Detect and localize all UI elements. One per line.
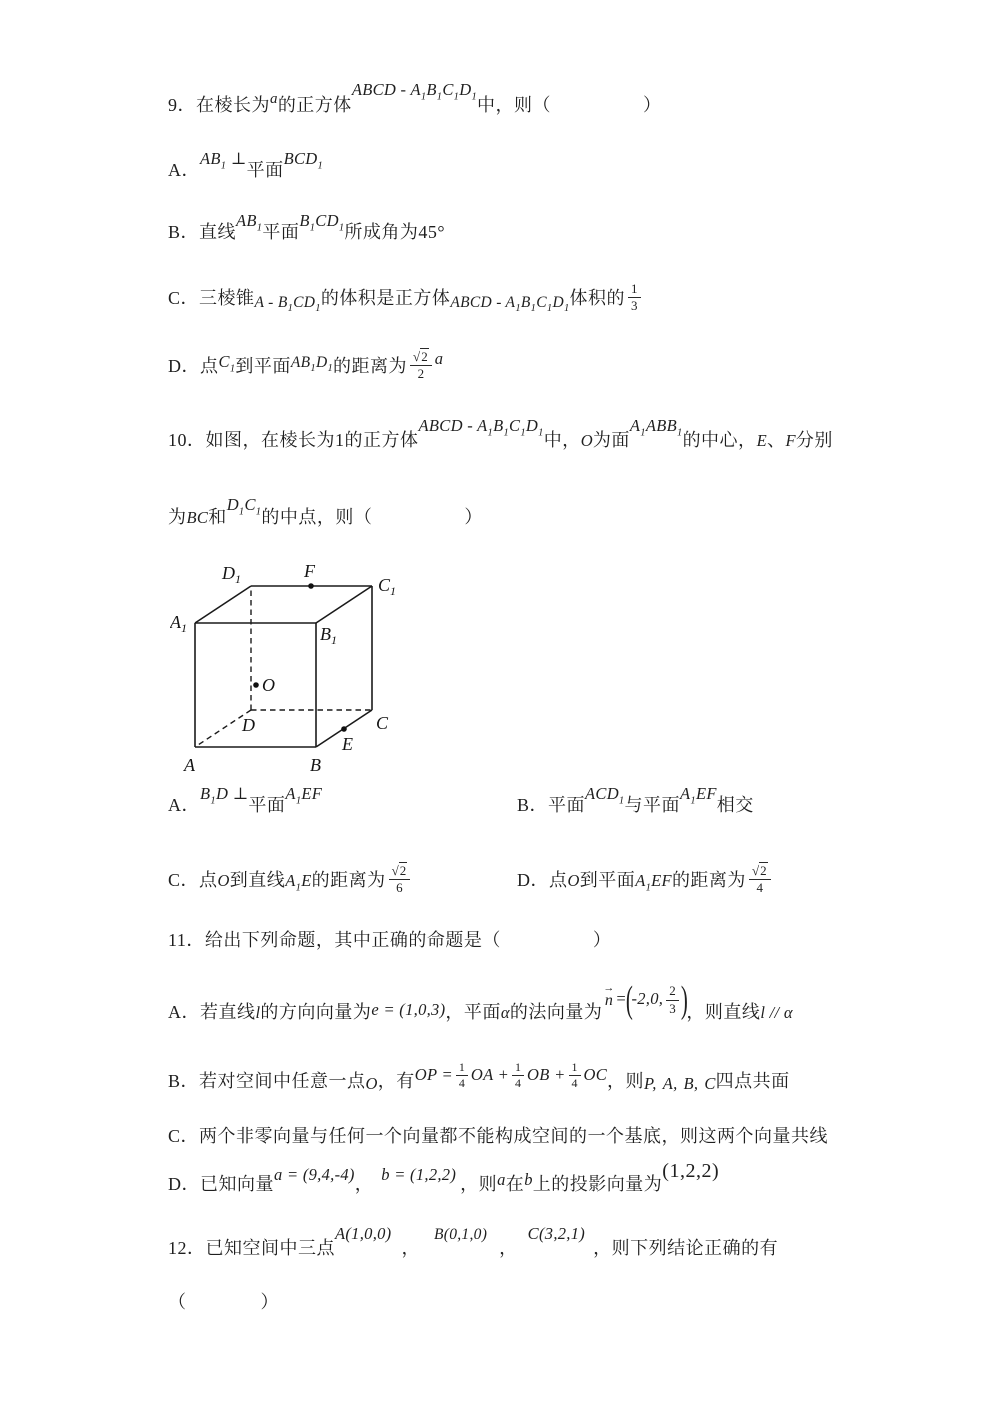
text-run: 中，则（ [477,93,551,117]
q9-option-a: A．AB1 ⊥平面BCD1 [168,158,323,190]
text-run: ，平面 [445,1000,501,1024]
text-run: 的方向向量为 [260,1000,371,1024]
text-run: 上的投影向量为 [533,1172,663,1196]
math-run: A1ABB1 [630,414,683,445]
math-run: A1EF [635,869,672,900]
q9-option-c: C．三棱锥A - B1CD1的体积是正方体ABCD - A1B1C1D1体积的1… [168,284,644,318]
vertex-label-D: D [241,715,255,735]
q10-option-b: B．平面ACD1与平面A1EF相交 [517,793,754,825]
q11-option-a: A．若直线l的方向向量为e = (1,0,3)，平面α的法向量为→n=(-2,0… [168,995,793,1033]
spacer [501,945,593,946]
q9-option-b: B．直线AB1平面B1CD1所成角为45° [168,220,445,252]
vector-symbol: →n [603,985,614,1008]
text-run: 9．在棱长为 [168,93,270,117]
text-run: 到平面 [235,354,291,378]
text-run: ） [261,1290,280,1314]
vertex-label-B1: B1 [320,624,337,647]
math-run: A(1,0,0) [335,1222,391,1246]
q11-option-d: D．已知向量a = (9,4,-4)，b = (1,2,2)，则a在b上的投影向… [168,1172,719,1197]
q12-stem: 12．已知空间中三点A(1,0,0)，B(0,1,0)，C(3,2,1)，则下列… [168,1236,778,1262]
text-run: 所成角为45° [344,220,445,244]
math-run: AB1 ⊥ [200,147,247,178]
spacer [372,522,464,523]
math-run: D1C1 [227,493,262,524]
text-run: 和 [208,505,227,529]
spacer [487,1253,499,1254]
text-run: 、 [767,428,786,452]
fraction: √26 [389,864,411,895]
math-run: A, [663,1072,678,1096]
text-run: C．点 [168,868,218,892]
spacer [187,1307,261,1308]
math-run: C1 [219,350,236,381]
math-run: A - B1CD1 [255,291,321,321]
text-run: ，则下列结论正确的有 [593,1236,778,1260]
math-run: F [785,429,795,453]
q10-option-d: D．点O到平面A1EF的距离为√24 [517,866,774,900]
text-run: ） [464,505,483,529]
math-run: A1E [285,869,311,900]
vertex-label-D1: D1 [221,563,241,586]
q11-option-c: C．两个非零向量与任何一个向量都不能构成空间的一个基底，则这两个向量共线 [168,1124,828,1148]
text-run: 的中心， [683,428,757,452]
math-run: OA + [471,1063,509,1087]
vertex-label-A1: A1 [170,612,187,635]
cube-figure: D1FC1A1B1ODCEAB [170,556,410,778]
math-run: ABCD - A1B1C1D1 [419,414,544,445]
math-run: BC [187,506,209,530]
math-run: b [524,1168,533,1192]
text-run: 四点共面 [716,1069,790,1093]
marked-point [253,682,259,688]
fraction: √22 [410,350,432,381]
text-run: 相交 [717,793,754,817]
text-run: ， [401,1236,420,1260]
math-run: ABCD - A1B1C1D1 [450,291,569,321]
spacer [391,1253,401,1254]
math-run: A1EF [680,782,717,813]
text-run: 为 [168,505,187,529]
math-run: BCD1 [284,147,323,178]
spacer [551,110,643,111]
text-run: B．若对空间中任意一点 [168,1069,366,1093]
cube-edge-A1-D1 [195,586,251,623]
math-run: O [218,869,230,893]
vertex-label-F: F [303,561,316,581]
q10-option-a: A．B1D ⊥平面A1EF [168,793,322,825]
q10-option-c: C．点O到直线A1E的距离为√26 [168,866,413,900]
math-run: a = (9,4,-4) [274,1163,355,1187]
fraction: √24 [749,864,771,895]
text-run: A．若直线 [168,1000,256,1024]
text-run: A． [168,158,200,182]
math-run: a [435,347,444,371]
text-run: 到直线 [230,868,286,892]
fraction: 14 [456,1061,468,1090]
q11-stem: 11．给出下列命题，其中正确的命题是（） [168,928,611,952]
math-run: B1CD1 [299,209,344,240]
fraction: 14 [569,1061,581,1090]
spacer [518,1253,528,1254]
exam-page: 9．在棱长为a的正方体ABCD - A1B1C1D1中，则（）A．AB1 ⊥平面… [0,0,1000,1415]
math-run: α [501,1001,510,1025]
text-run: B．平面 [517,793,585,817]
vertex-label-C: C [376,713,389,733]
spacer [373,1189,381,1190]
q10-stem-line-2: 为BC和D1C1的中点，则（） [168,505,483,537]
text-run: 体积的 [570,286,626,310]
text-run: ， [355,1172,374,1196]
spacer [585,1253,593,1254]
text-run: 与平面 [624,793,680,817]
text-run: 的距离为 [312,868,386,892]
text-run: ） [593,928,612,952]
fraction: 23 [666,984,679,1015]
text-run: 12．已知空间中三点 [168,1236,335,1260]
text-run: 的体积是正方体 [321,286,451,310]
math-run: e = (1,0,3) [371,998,445,1022]
text-run: 的中点，则（ [261,505,372,529]
text-run: ） [643,93,662,117]
text-run: A． [168,793,200,817]
math-run: P, [644,1072,657,1096]
text-run: C．两个非零向量与任何一个向量都不能构成空间的一个基底，则这两个向量共线 [168,1124,828,1148]
math-run: O [366,1072,378,1096]
q9-stem: 9．在棱长为a的正方体ABCD - A1B1C1D1中，则（） [168,93,662,125]
text-run: D．已知向量 [168,1172,274,1196]
math-run: OB + [527,1063,565,1087]
cube-edge-C1-B1 [316,586,372,623]
text-run: 为面 [593,428,630,452]
text-run: 在 [506,1172,525,1196]
text-run: 10．如图，在棱长为1的正方体 [168,428,419,452]
vertex-label-O: O [262,675,275,695]
math-run: C(3,2,1) [528,1222,585,1246]
text-run: 的距离为 [672,868,746,892]
text-run: 到平面 [580,868,636,892]
vertex-label-B: B [310,755,321,775]
vertex-label-C1: C1 [378,575,396,598]
math-run: B1D ⊥ [200,782,248,813]
text-run: （ [168,1290,187,1314]
text-run: 平面 [247,158,284,182]
math-run: a [270,87,278,111]
q9-option-d: D．点C1到平面AB1D1的距离为√22a [168,352,443,386]
math-run: O [581,429,593,453]
spacer [420,1253,434,1254]
text-run: ，则 [607,1069,644,1093]
text-run: D．点 [517,868,568,892]
text-run: ，有 [378,1069,415,1093]
text-run: ，则 [460,1172,497,1196]
math-run: ABCD - A1B1C1D1 [352,78,477,109]
text-run: C．三棱锥 [168,286,255,310]
math-run: E [757,429,767,453]
marked-point [308,583,314,589]
math-run: B(0,1,0) [434,1223,487,1247]
text-run: 的法向量为 [510,1000,603,1024]
math-run: ACD1 [585,782,624,813]
marked-point [341,726,347,732]
text-run: (1,2,2) [662,1159,719,1183]
math-run: O [568,869,580,893]
math-run: -2,0, [631,987,663,1011]
text-run: 的距离为 [333,354,407,378]
text-run: 11．给出下列命题，其中正确的命题是（ [168,928,501,952]
text-run: 分别 [796,428,833,452]
math-run: OC [584,1063,608,1087]
text-run: ，则直线 [686,1000,760,1024]
math-run: l // α [760,1001,792,1025]
math-run: C [704,1072,715,1096]
math-run: B, [684,1072,699,1096]
text-run: 的正方体 [278,93,352,117]
fraction: 14 [512,1061,524,1090]
math-run: AB1D1 [291,351,333,381]
text-run: ， [499,1236,518,1260]
math-run: AB1 [236,209,262,240]
fraction: 13 [628,282,641,313]
q11-option-b: B．若对空间中任意一点O，有OP =14OA +14OB +14OC，则P,A,… [168,1068,790,1097]
math-run: a [497,1168,506,1192]
text-run: 中， [544,428,581,452]
text-run: 平面 [248,793,285,817]
vertex-label-A: A [183,755,196,775]
vertex-label-E: E [341,734,353,754]
math-run: b = (1,2,2) [381,1163,456,1187]
text-run: B．直线 [168,220,236,244]
math-run: A1EF [285,782,322,813]
text-run: 平面 [262,220,299,244]
text-run: D．点 [168,354,219,378]
q10-stem-line-1: 10．如图，在棱长为1的正方体ABCD - A1B1C1D1中，O为面A1ABB… [168,428,833,460]
math-run: OP = [415,1063,453,1087]
cube-diagram: D1FC1A1B1ODCEAB [170,556,410,778]
q12-answer-parens: （） [168,1290,279,1314]
